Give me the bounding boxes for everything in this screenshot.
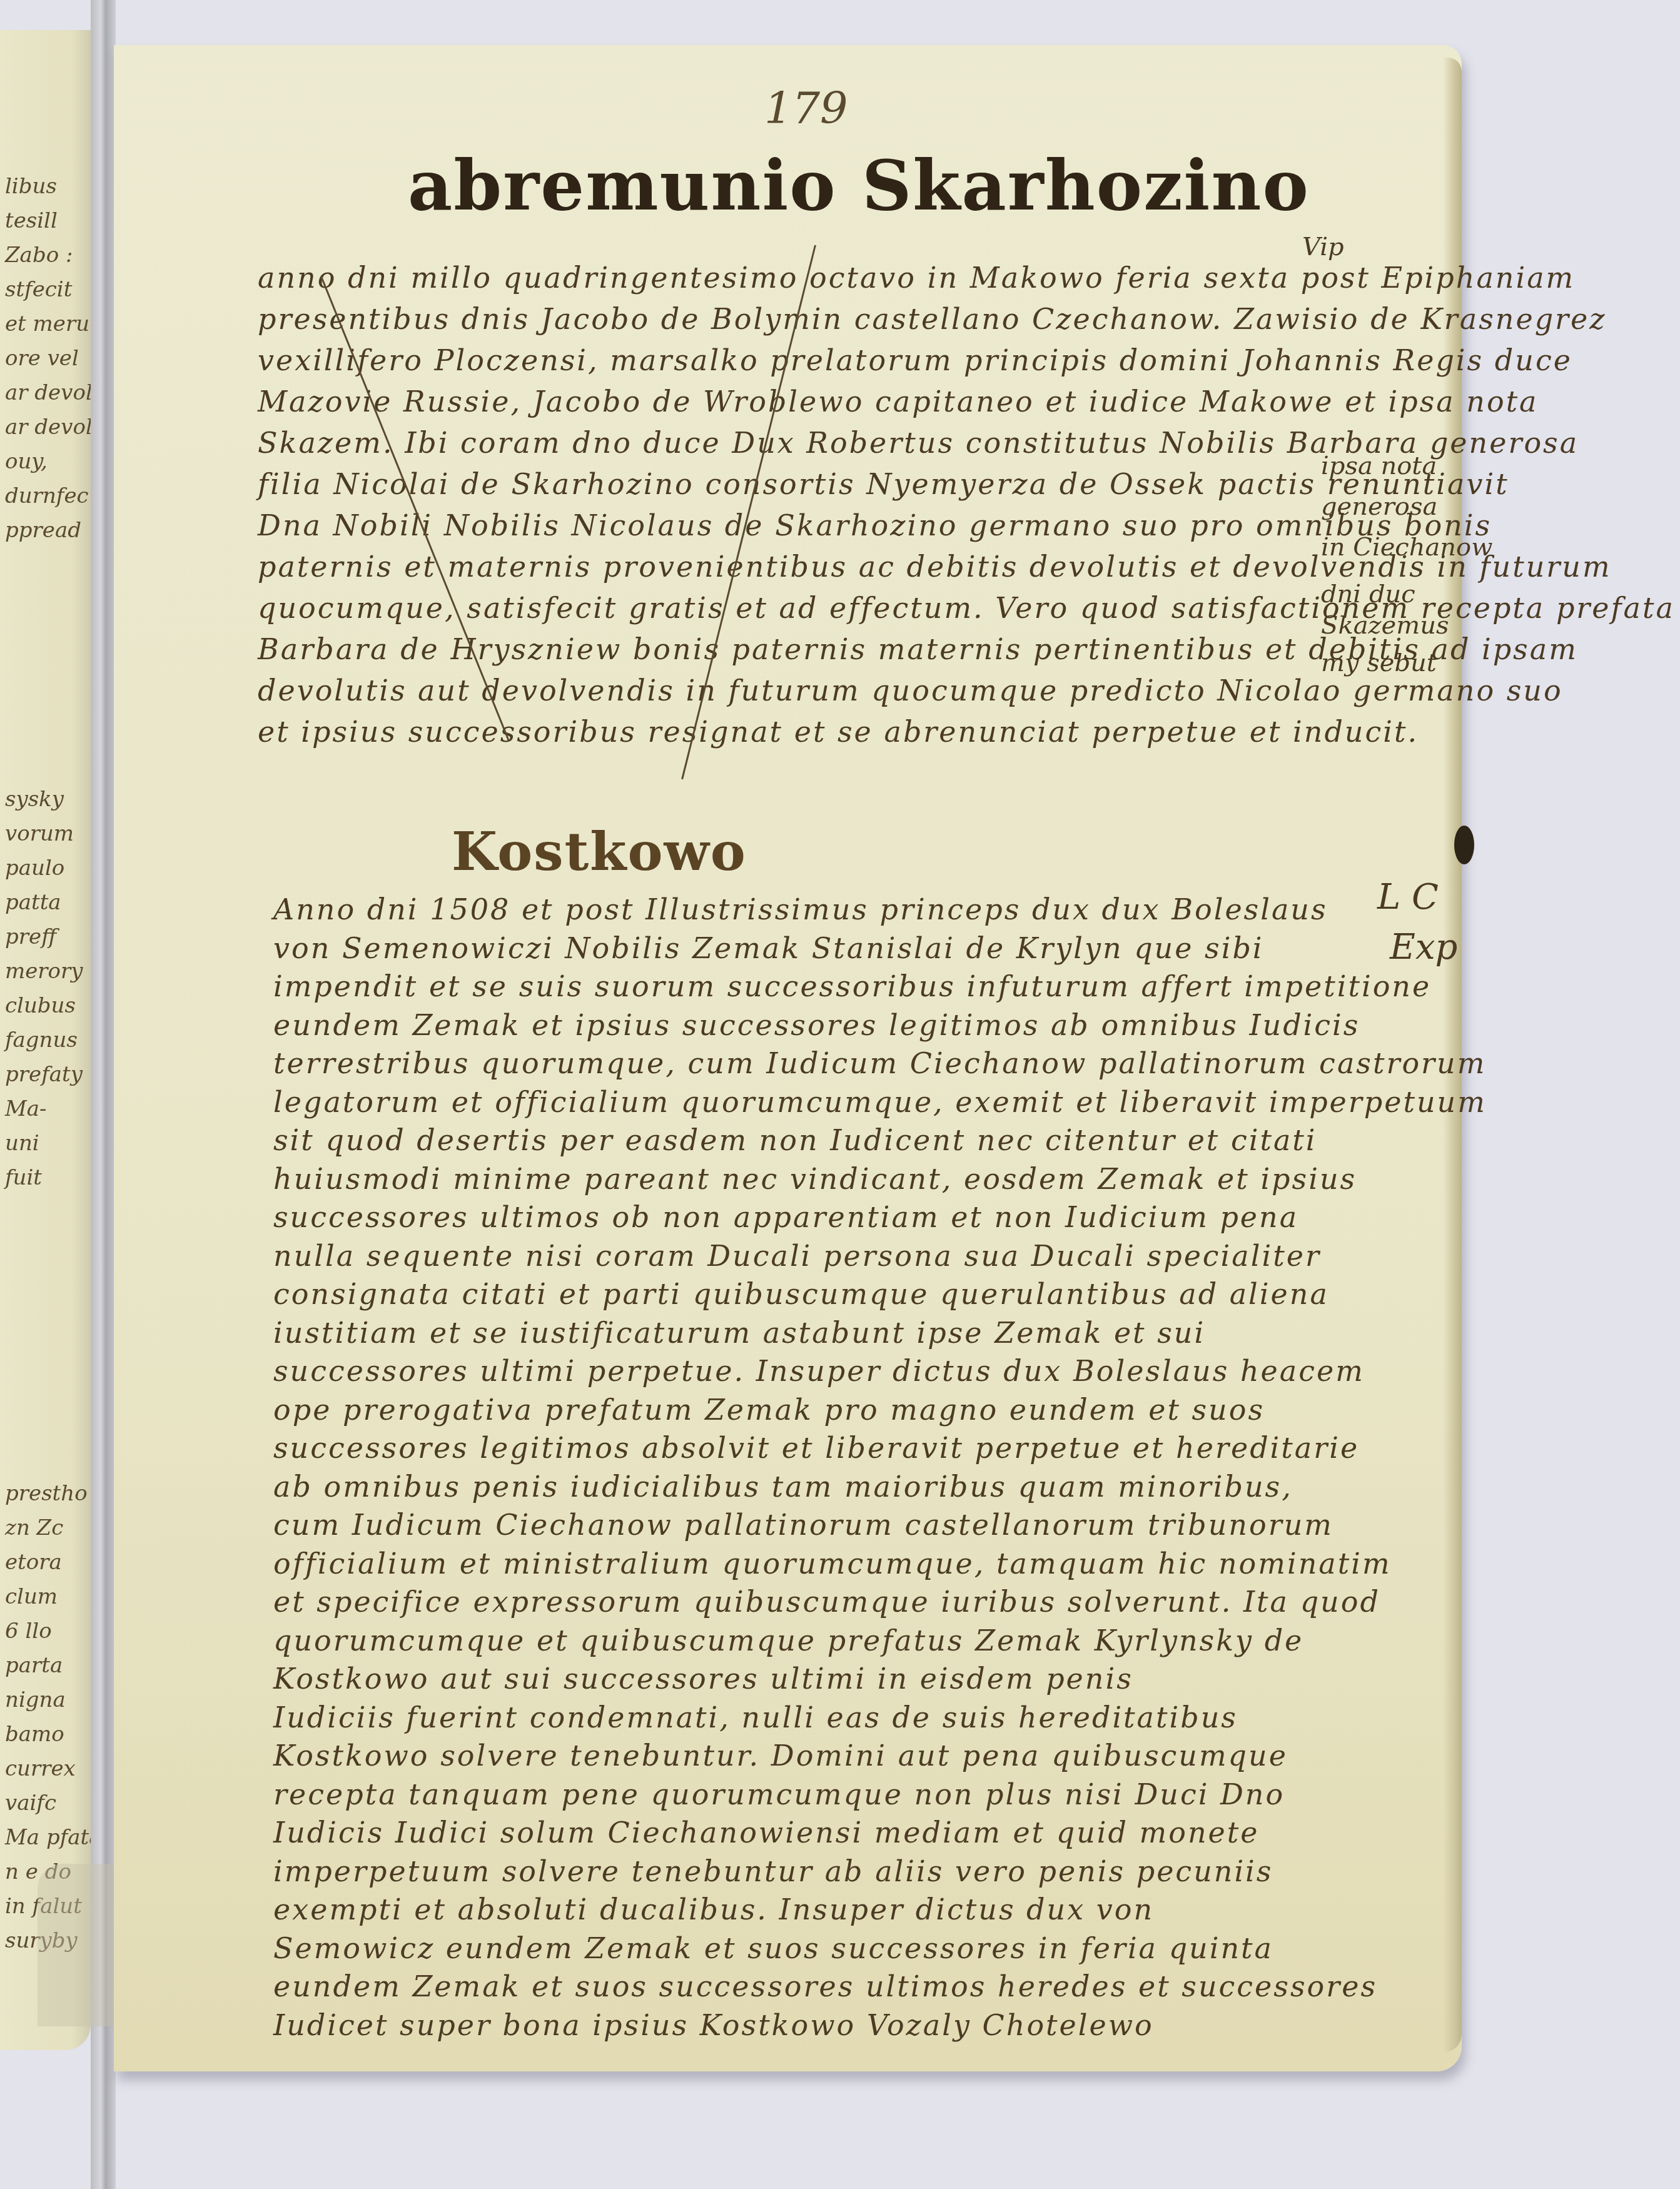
manuscript-line: imperpetuum solvere tenebuntur ab aliis … bbox=[273, 1854, 1273, 1888]
manuscript-line: presentibus dnis Jacobo de Bolymin caste… bbox=[258, 302, 1607, 336]
left-page-line: etora bbox=[5, 1550, 62, 1575]
manuscript-line: recepta tanquam pene quorumcumque non pl… bbox=[273, 1777, 1285, 1811]
folio-number: 179 bbox=[764, 83, 848, 134]
manuscript-line: et ipsius successoribus resignat et se a… bbox=[258, 715, 1419, 749]
left-page-line: uni bbox=[5, 1131, 39, 1156]
manuscript-line: cum Iudicum Ciechanow pallatinorum caste… bbox=[273, 1508, 1333, 1542]
manuscript-line: ope prerogativa prefatum Zemak pro magno… bbox=[273, 1393, 1265, 1427]
left-page-line: ppread bbox=[5, 518, 81, 543]
left-page-line: tesill bbox=[5, 208, 58, 233]
left-page-line: Ma pfata bbox=[5, 1825, 101, 1850]
manuscript-line: Dna Nobili Nobilis Nicolaus de Skarhozin… bbox=[258, 508, 1492, 542]
left-page-line: merory bbox=[5, 959, 83, 984]
margin-note: in Ciechanow bbox=[1321, 533, 1492, 562]
manuscript-line: Kostkowo solvere tenebuntur. Domini aut … bbox=[273, 1739, 1288, 1772]
manuscript-line: nulla sequente nisi coram Ducali persona… bbox=[273, 1239, 1321, 1273]
left-page-line: clum bbox=[5, 1584, 58, 1609]
manuscript-line: terrestribus quorumque, cum Iudicum Ciec… bbox=[273, 1046, 1486, 1080]
left-page-line: libus bbox=[5, 174, 57, 199]
left-page-line: prefaty bbox=[5, 1062, 83, 1087]
manuscript-line: successores ultimi perpetue. Insuper dic… bbox=[273, 1354, 1365, 1388]
left-page-line: clubus bbox=[5, 993, 76, 1018]
margin-note: my sebut bbox=[1321, 649, 1437, 677]
manuscript-line: huiusmodi minime pareant nec vindicant, … bbox=[273, 1162, 1357, 1196]
left-page-line: Ma- bbox=[5, 1096, 47, 1121]
book-gutter bbox=[91, 0, 116, 2189]
manuscript-line: legatorum et officialium quorumcumque, e… bbox=[273, 1085, 1487, 1119]
manuscript-line: et specifice expressorum quibuscumque iu… bbox=[273, 1585, 1380, 1619]
manuscript-line: Anno dni 1508 et post Illustrissimus pri… bbox=[273, 892, 1328, 926]
manuscript-line: consignata citati et parti quibuscumque … bbox=[273, 1277, 1329, 1311]
manuscript-line: Kostkowo aut sui successores ultimi in e… bbox=[273, 1662, 1133, 1696]
entry-heading-1: abremunio Skarhozino bbox=[408, 145, 1310, 226]
left-page-line: bamo bbox=[5, 1722, 64, 1747]
left-facing-page: libustesillZabo :stfecitet merumore vela… bbox=[0, 30, 91, 2050]
manuscript-line: successores ultimos ob non apparentiam e… bbox=[273, 1200, 1298, 1234]
manuscript-line: impendit et se suis suorum successoribus… bbox=[273, 969, 1431, 1003]
margin-note: Vip bbox=[1302, 233, 1344, 261]
left-page-line: Zabo : bbox=[5, 243, 73, 268]
manuscript-line: sit quod desertis per easdem non Iudicen… bbox=[273, 1123, 1317, 1157]
manuscript-line: Semowicz eundem Zemak et suos successore… bbox=[273, 1931, 1273, 1965]
manuscript-line: vexillifero Ploczensi, marsalko prelator… bbox=[258, 343, 1572, 377]
margin-note: L C bbox=[1377, 877, 1439, 918]
left-page-line: preff bbox=[5, 924, 56, 949]
entry-heading-2: Kostkowo bbox=[452, 821, 747, 882]
margin-note: dni duc bbox=[1321, 580, 1415, 609]
left-page-line: zn Zc bbox=[5, 1515, 63, 1540]
manuscript-line: Mazovie Russie, Jacobo de Wroblewo capit… bbox=[258, 385, 1539, 418]
left-page-line: sysky bbox=[5, 787, 64, 812]
margin-note: Skazemus bbox=[1321, 611, 1449, 640]
left-page-line: fuit bbox=[5, 1165, 42, 1190]
manuscript-line: von Semenowiczi Nobilis Zemak Stanislai … bbox=[273, 931, 1264, 965]
manuscript-line: ab omnibus penis iudicialibus tam maiori… bbox=[273, 1470, 1293, 1504]
manuscript-line: Iudicis Iudici solum Ciechanowiensi medi… bbox=[273, 1816, 1259, 1849]
manuscript-line: quorumcumque et quibuscumque prefatus Ze… bbox=[273, 1624, 1303, 1657]
manuscript-line: Iudicet super bona ipsius Kostkowo Vozal… bbox=[273, 2008, 1154, 2042]
manuscript-line: officialium et ministralium quorumcumque… bbox=[273, 1547, 1392, 1580]
left-page-line: vorum bbox=[5, 821, 74, 846]
ink-blot bbox=[1454, 826, 1474, 864]
manuscript-line: devolutis aut devolvendis in futurum quo… bbox=[258, 674, 1563, 707]
manuscript-line: iustitiam et se iustificaturum astabunt … bbox=[273, 1316, 1205, 1350]
left-page-line: parta bbox=[5, 1653, 63, 1678]
left-page-line: vaifc bbox=[5, 1791, 56, 1816]
left-page-line: 6 llo bbox=[5, 1619, 52, 1644]
manuscript-line: exempti et absoluti ducalibus. Insuper d… bbox=[273, 1893, 1154, 1926]
manuscript-line: successores legitimos absolvit et libera… bbox=[273, 1431, 1359, 1465]
left-page-line: durnfec bbox=[5, 483, 89, 508]
left-page-line: prestho bbox=[5, 1481, 88, 1506]
left-page-line: ore vel bbox=[5, 346, 79, 371]
left-page-line: nigna bbox=[5, 1687, 66, 1712]
left-page-line: ouy, bbox=[5, 449, 48, 474]
margin-note: ipsa nota bbox=[1321, 452, 1437, 480]
left-page-line: stfecit bbox=[5, 277, 72, 302]
left-page-line: fagnus bbox=[5, 1028, 78, 1053]
manuscript-line: Iudiciis fuerint condemnati, nulli eas d… bbox=[273, 1701, 1238, 1734]
manuscript-line: anno dni millo quadringentesimo octavo i… bbox=[258, 261, 1575, 295]
left-page-line: currex bbox=[5, 1756, 76, 1781]
manuscript-page: 179 abremunio Skarhozino anno dni millo … bbox=[114, 45, 1462, 2071]
left-page-line: paulo bbox=[5, 856, 64, 881]
manuscript-line: eundem Zemak et ipsius successores legit… bbox=[273, 1008, 1360, 1042]
manuscript-line: quocumque, satisfecit gratis et ad effec… bbox=[258, 591, 1675, 625]
manuscript-line: eundem Zemak et suos successores ultimos… bbox=[273, 1969, 1377, 2003]
margin-note: generosa bbox=[1321, 492, 1437, 521]
left-page-line: patta bbox=[5, 890, 61, 915]
margin-note: Exp bbox=[1390, 927, 1457, 968]
